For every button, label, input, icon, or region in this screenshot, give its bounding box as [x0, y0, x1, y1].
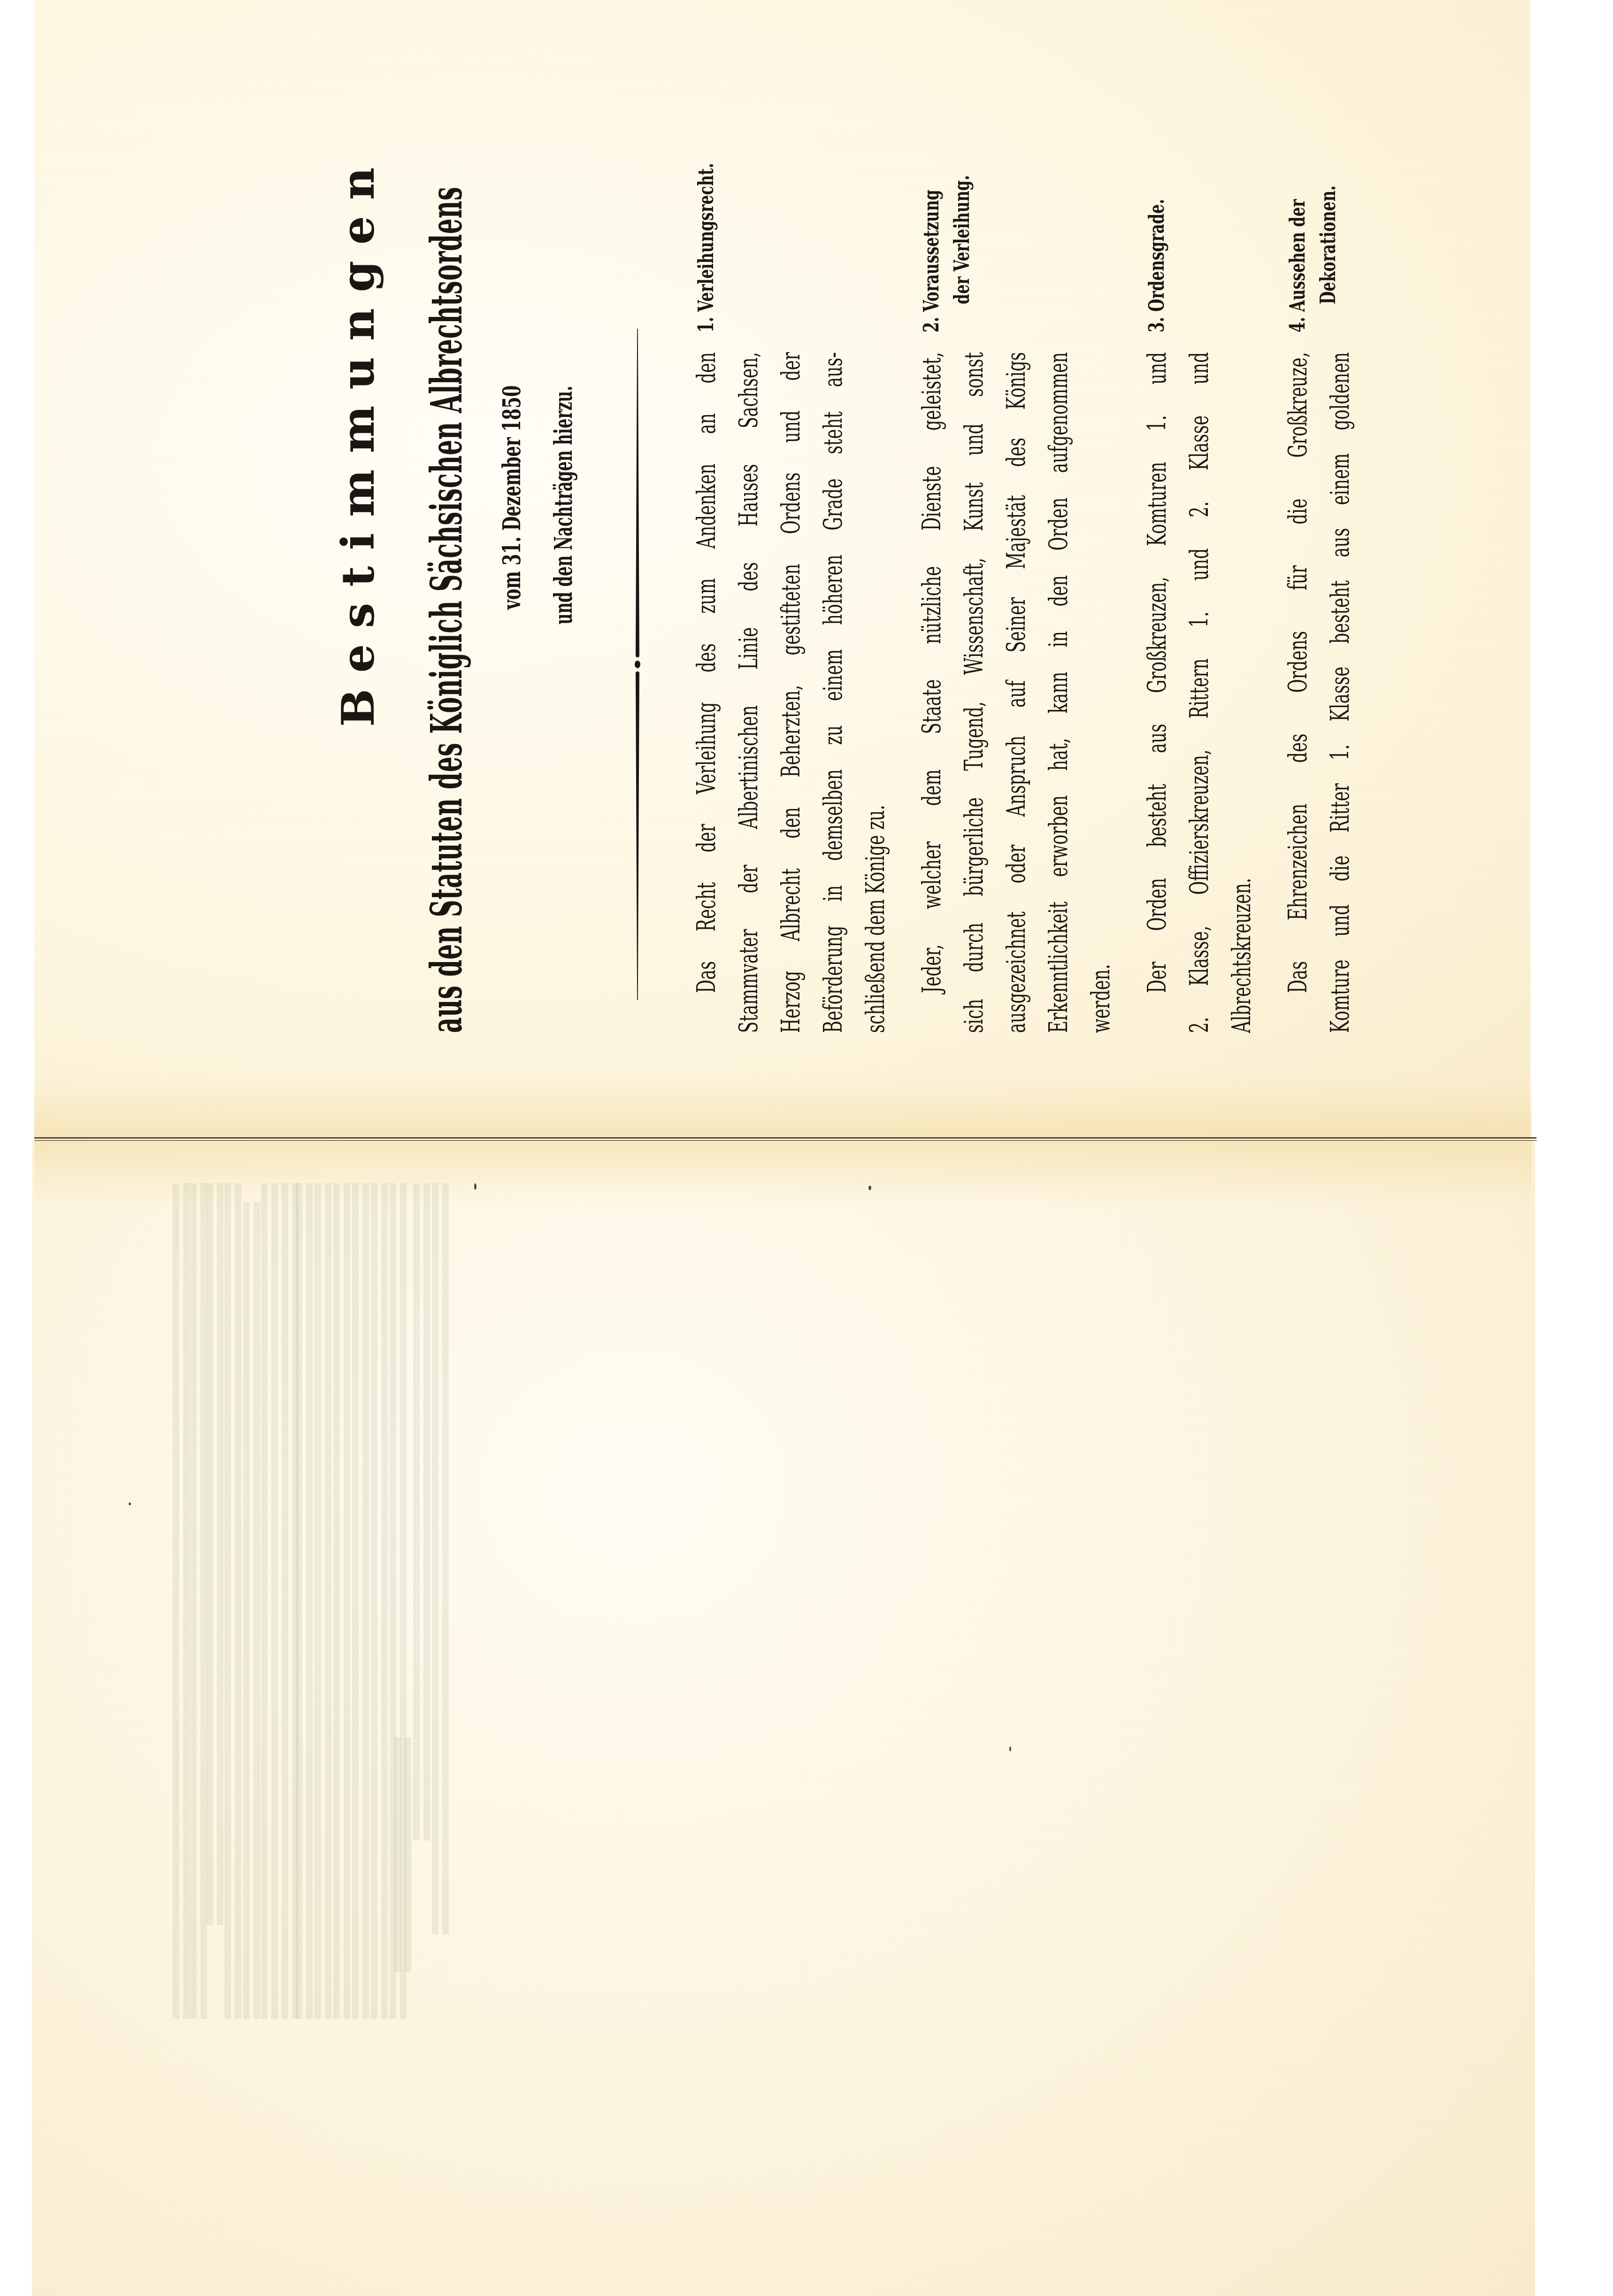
body-text-line: Das Recht der Verleihung des zum Andenke… — [694, 352, 719, 993]
body-text-line: Komture und die Ritter 1. Klasse besteht… — [1328, 352, 1353, 1033]
body-text-line: Das Ehrenzeichen des Ordens für die Groß… — [1285, 352, 1311, 993]
body-text-line: 2. Klasse, Offizierskreuzen, Rittern 1. … — [1187, 352, 1212, 1033]
margin-note: 4. Aussehen der — [1288, 199, 1308, 332]
ornamental-divider — [636, 329, 639, 657]
rotated-printed-page: Bestimmungen aus den Statuten des Königl… — [0, 0, 1613, 1140]
margin-note: der Verleihung. — [952, 175, 973, 304]
paper-speck — [868, 1186, 871, 1190]
body-text-line: ausgezeichnet oder Anspruch auf Seiner M… — [1004, 352, 1029, 1033]
body-text-line: werden. — [1088, 964, 1114, 1033]
divider-ornament-dot — [635, 661, 640, 668]
margin-note: 1. Verleihungsrecht. — [696, 163, 717, 332]
margin-note: 3. Ordensgrade. — [1147, 199, 1168, 332]
date-line: vom 31. Dezember 1850 — [500, 385, 524, 609]
body-text-line: sich durch bürgerliche Tugend, Wissensch… — [961, 352, 987, 1033]
document-subtitle: aus den Statuten des Königlich Sächsisch… — [425, 539, 468, 1033]
margin-note: Dekorationen. — [1318, 185, 1339, 304]
body-text-line: Jeder, welcher dem Staate nützliche Dien… — [919, 352, 945, 993]
margin-note: 2. Voraussetzung — [922, 190, 942, 332]
paper-speck — [474, 1183, 476, 1190]
body-text-line: Erkenntlichkeit erworben hat, kann in de… — [1046, 352, 1071, 1033]
body-text-line: Der Orden besteht aus Großkreuzen, Komtu… — [1144, 352, 1170, 993]
body-text-line: Albrechtskreuzen. — [1229, 878, 1254, 1033]
body-text-line: schließend dem Könige zu. — [863, 805, 888, 1033]
body-text-line: Stammvater der Albertinischen Linie des … — [736, 352, 761, 1033]
ornamental-divider — [636, 671, 639, 1000]
paper-speck — [1009, 1747, 1011, 1751]
body-text-line: Beförderung in demselben zu einem höhere… — [821, 352, 846, 1033]
paper-speck — [129, 1502, 131, 1505]
body-text-line: Herzog Albrecht den Beherzten, gestiftet… — [778, 352, 804, 1033]
document-title: Bestimmungen — [336, 151, 381, 727]
supplement-line: und den Nachträgen hierzu. — [552, 386, 576, 624]
